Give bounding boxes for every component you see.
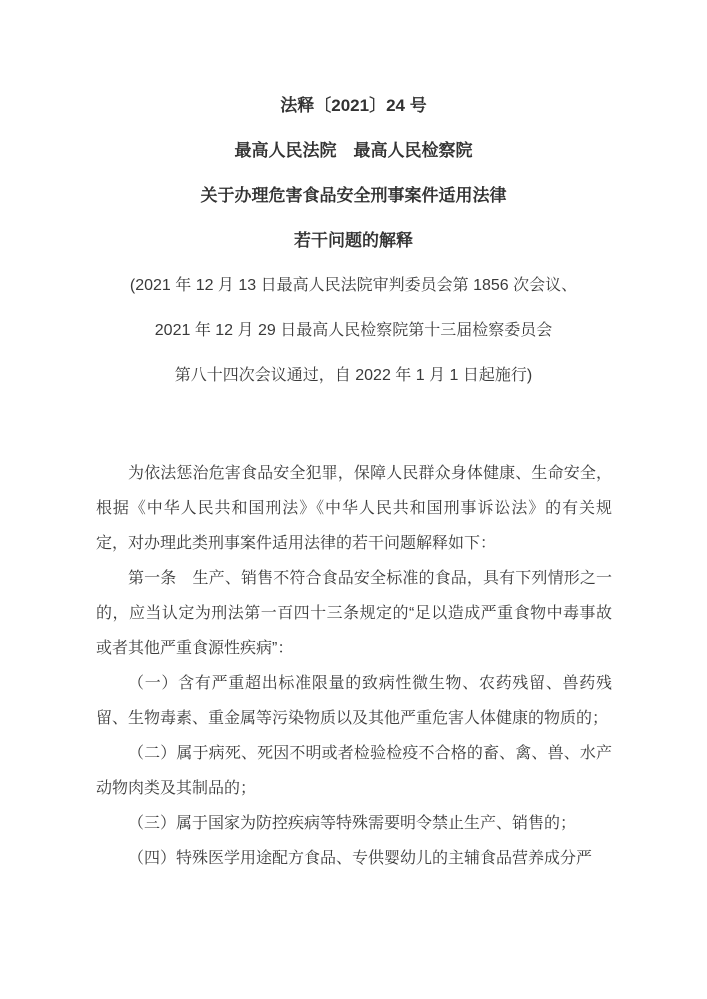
adoption-note-line-2: 2021 年 12 月 29 日最高人民检察院第十三届检察委员会 [0,308,707,353]
body-paragraph: 第一条 生产、销售不符合食品安全标准的食品，具有下列情形之一的，应当认定为刑法第… [96,561,612,666]
document-body: 为依法惩治危害食品安全犯罪，保障人民群众身体健康、生命安全，根据《中华人民共和国… [96,456,612,876]
adoption-note-line-1: (2021 年 12 月 13 日最高人民法院审判委员会第 1856 次会议、 [0,263,707,308]
body-paragraph: 为依法惩治危害食品安全犯罪，保障人民群众身体健康、生命安全，根据《中华人民共和国… [96,456,612,561]
document-title-line-1: 关于办理危害食品安全刑事案件适用法律 [0,173,707,218]
document-page: 法释〔2021〕24 号 最高人民法院 最高人民检察院 关于办理危害食品安全刑事… [0,0,707,999]
issuing-authorities: 最高人民法院 最高人民检察院 [0,128,707,173]
document-title-line-2: 若干问题的解释 [0,218,707,263]
body-paragraph: （一）含有严重超出标准限量的致病性微生物、农药残留、兽药残留、生物毒素、重金属等… [96,666,612,736]
body-paragraph: （四）特殊医学用途配方食品、专供婴幼儿的主辅食品营养成分严 [96,841,612,876]
body-paragraph: （三）属于国家为防控疾病等特殊需要明令禁止生产、销售的； [96,806,612,841]
body-paragraph: （二）属于病死、死因不明或者检验检疫不合格的畜、禽、兽、水产动物肉类及其制品的； [96,736,612,806]
adoption-note-line-3: 第八十四次会议通过，自 2022 年 1 月 1 日起施行) [0,353,707,398]
document-header: 法释〔2021〕24 号 最高人民法院 最高人民检察院 关于办理危害食品安全刑事… [0,83,707,398]
doc-number: 法释〔2021〕24 号 [0,83,707,128]
